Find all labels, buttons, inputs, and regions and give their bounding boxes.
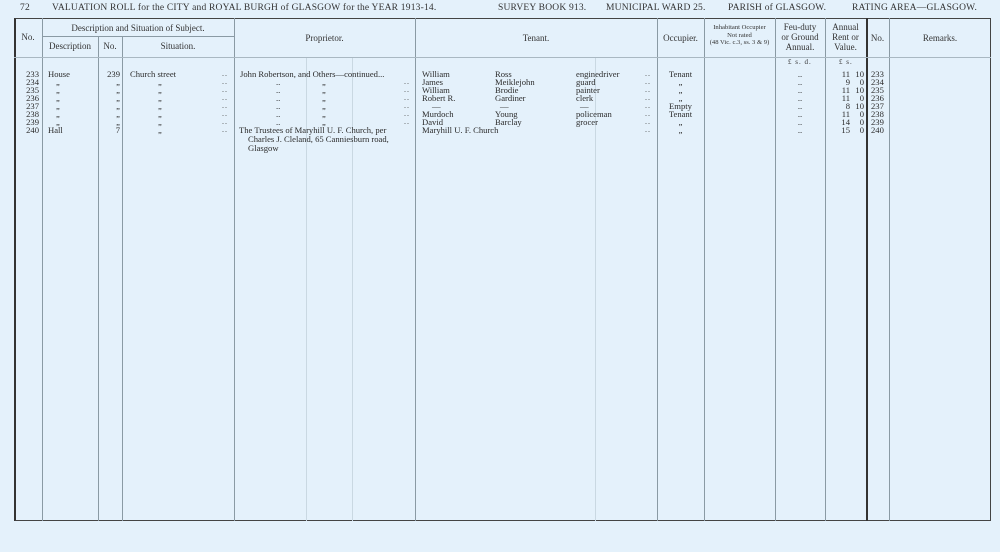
municipal-ward: MUNICIPAL WARD 25. bbox=[606, 3, 706, 13]
header-rent-line3: Value. bbox=[825, 42, 866, 52]
header-occupier: Occupier. bbox=[657, 33, 704, 43]
col-divider bbox=[42, 18, 43, 521]
survey-book: SURVEY BOOK 913. bbox=[498, 3, 586, 13]
header-feu-duty: Feu-duty or Ground Annual. bbox=[775, 22, 825, 52]
header-situation: Situation. bbox=[122, 41, 234, 51]
header-inhabitant-line1: Inhabitant Occupier bbox=[704, 24, 775, 32]
header-annual-rent: Annual Rent or Value. bbox=[825, 22, 866, 52]
row-situation: „ bbox=[158, 126, 162, 134]
header-number: No. bbox=[98, 41, 122, 51]
rating-area: RATING AREA—GLASGOW. bbox=[852, 3, 977, 13]
row-no: 240 bbox=[14, 126, 39, 134]
header-rent-line1: Annual bbox=[825, 22, 866, 32]
row-proprietor-line3: Glasgow bbox=[248, 144, 279, 152]
row-occupier: „ bbox=[657, 126, 704, 134]
rent-shillings: 0 bbox=[851, 126, 864, 134]
header-desc-group: Description and Situation of Subject. bbox=[42, 23, 234, 33]
page-number: 72 bbox=[20, 3, 30, 13]
col-divider bbox=[234, 18, 235, 521]
leader-dots: .. bbox=[645, 126, 651, 134]
header-inhabitant-line2: Not rated bbox=[704, 32, 775, 40]
parish: PARISH of GLASGOW. bbox=[728, 3, 826, 13]
col-divider bbox=[704, 18, 705, 521]
roll-title: VALUATION ROLL for the CITY and ROYAL BU… bbox=[52, 3, 436, 13]
valuation-roll-page: 72 VALUATION ROLL for the CITY and ROYAL… bbox=[0, 0, 1000, 552]
col-divider bbox=[825, 18, 826, 521]
header-remarks: Remarks. bbox=[889, 33, 991, 43]
header-no: No. bbox=[14, 32, 42, 42]
col-divider-thick bbox=[866, 18, 868, 521]
row-feu: .. bbox=[775, 126, 825, 134]
row-no-right: 240 bbox=[871, 126, 884, 134]
page-title-line: 72 VALUATION ROLL for the CITY and ROYAL… bbox=[20, 3, 990, 15]
col-divider bbox=[889, 18, 890, 521]
header-inhabitant-line3: (48 Vic. c.3, ss. 3 & 9) bbox=[704, 39, 775, 47]
tenant-last: Barclay bbox=[495, 118, 522, 126]
row-proprietor: The Trustees of Maryhill U. F. Church, p… bbox=[239, 126, 386, 134]
rent-units: £ s. bbox=[839, 58, 853, 66]
header-subdivider bbox=[42, 36, 234, 37]
header-inhabitant: Inhabitant Occupier Not rated (48 Vic. c… bbox=[704, 24, 775, 47]
tenant-occupation: grocer bbox=[576, 118, 598, 126]
leader-dots: .. bbox=[222, 126, 228, 134]
header-feu-line1: Feu-duty bbox=[775, 22, 825, 32]
leader-dots: .. bbox=[404, 118, 410, 126]
row-description: Hall bbox=[48, 126, 63, 134]
row-situation: Church street bbox=[130, 70, 176, 78]
header-feu-line2: or Ground bbox=[775, 32, 825, 42]
row-proprietor-line2: Charles J. Cleland, 65 Canniesburn road, bbox=[248, 135, 389, 143]
row-number: 7 bbox=[98, 126, 120, 134]
rent-pounds: 15 bbox=[830, 126, 850, 134]
col-divider bbox=[415, 18, 416, 521]
tenant-first: Maryhill U. F. Church bbox=[422, 126, 498, 134]
row-proprietor: John Robertson, and Others—continued... bbox=[240, 70, 384, 78]
feu-units: £ s. d. bbox=[788, 58, 812, 66]
header-no-right: No. bbox=[866, 33, 889, 43]
header-rent-line2: Rent or bbox=[825, 32, 866, 42]
header-tenant: Tenant. bbox=[415, 33, 657, 43]
header-feu-line3: Annual. bbox=[775, 42, 825, 52]
header-description: Description bbox=[42, 41, 98, 51]
col-divider bbox=[122, 36, 123, 521]
header-proprietor: Proprietor. bbox=[234, 33, 415, 43]
